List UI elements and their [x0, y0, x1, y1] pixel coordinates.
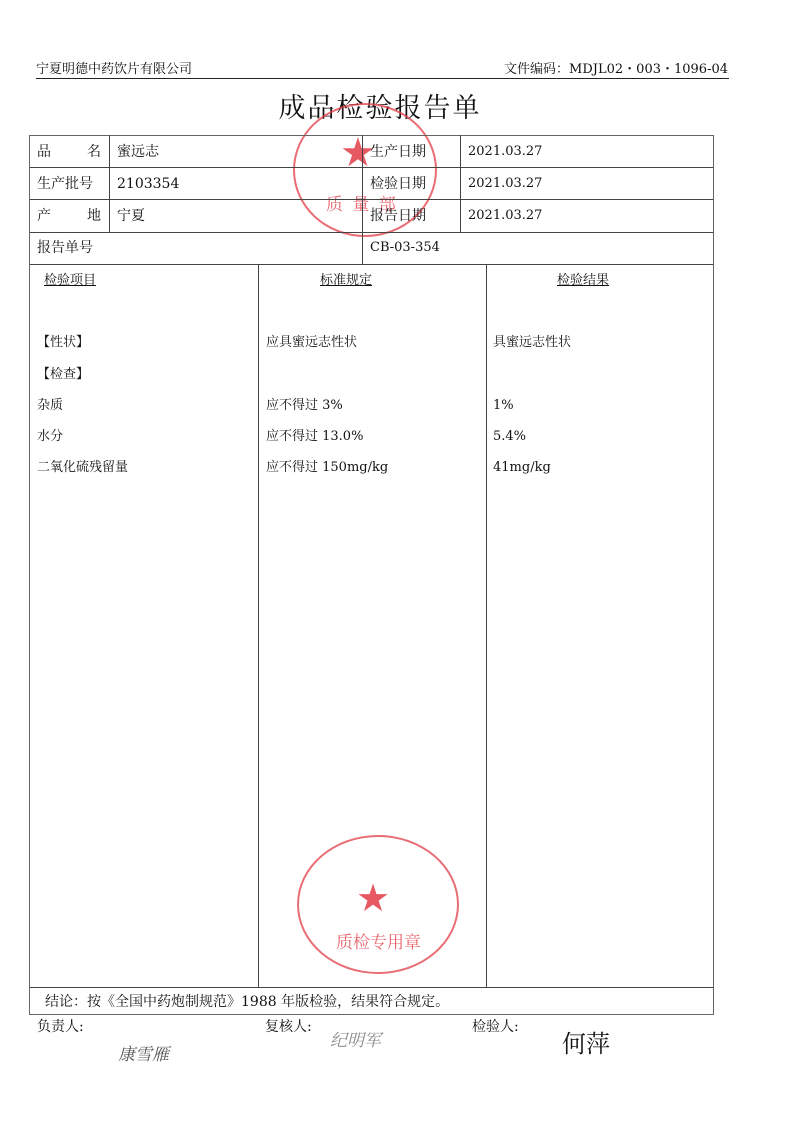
document-code: 文件编码：MDJL02・003・1096-04 — [504, 58, 728, 77]
header-standard: 标准规定 — [320, 273, 372, 289]
inspection-date-value: 2021.03.27 — [468, 176, 542, 192]
production-date-value: 2021.03.27 — [468, 144, 542, 160]
stamp-center-text: 质检专用章 — [336, 928, 421, 953]
inspector-signature: 何萍 — [562, 1024, 610, 1059]
report-no-value: CB-03-354 — [370, 240, 440, 256]
company-name: 宁夏明德中药饮片有限公司 — [36, 58, 192, 77]
header-test-item: 检验项目 — [44, 273, 96, 289]
report-date-label: 报告日期 — [370, 208, 426, 224]
star-icon: ★ — [356, 876, 390, 920]
batch-label: 生产批号 — [37, 176, 93, 192]
reviewer-label: 复核人: — [265, 1019, 312, 1035]
report-no-label: 报告单号 — [37, 240, 93, 256]
responsible-signature: 康雪雁 — [118, 1040, 169, 1065]
reviewer-signature: 纪明军 — [330, 1026, 381, 1051]
origin-value: 宁夏 — [117, 208, 145, 224]
origin-label: 产地 — [37, 208, 101, 224]
header-rule — [36, 78, 729, 79]
production-date-label: 生产日期 — [370, 144, 426, 160]
report-date-value: 2021.03.27 — [468, 208, 542, 224]
responsible-label: 负责人: — [37, 1019, 84, 1035]
product-name-label: 品名 — [37, 144, 101, 160]
header-result: 检验结果 — [557, 273, 609, 289]
conclusion-text: 结论：按《全国中药炮制规范》1988 年版检验，结果符合规定。 — [45, 994, 449, 1010]
inspector-label: 检验人: — [472, 1019, 519, 1035]
batch-value: 2103354 — [117, 176, 179, 192]
inspection-date-label: 检验日期 — [370, 176, 426, 192]
product-name-value: 蜜远志 — [117, 144, 159, 160]
